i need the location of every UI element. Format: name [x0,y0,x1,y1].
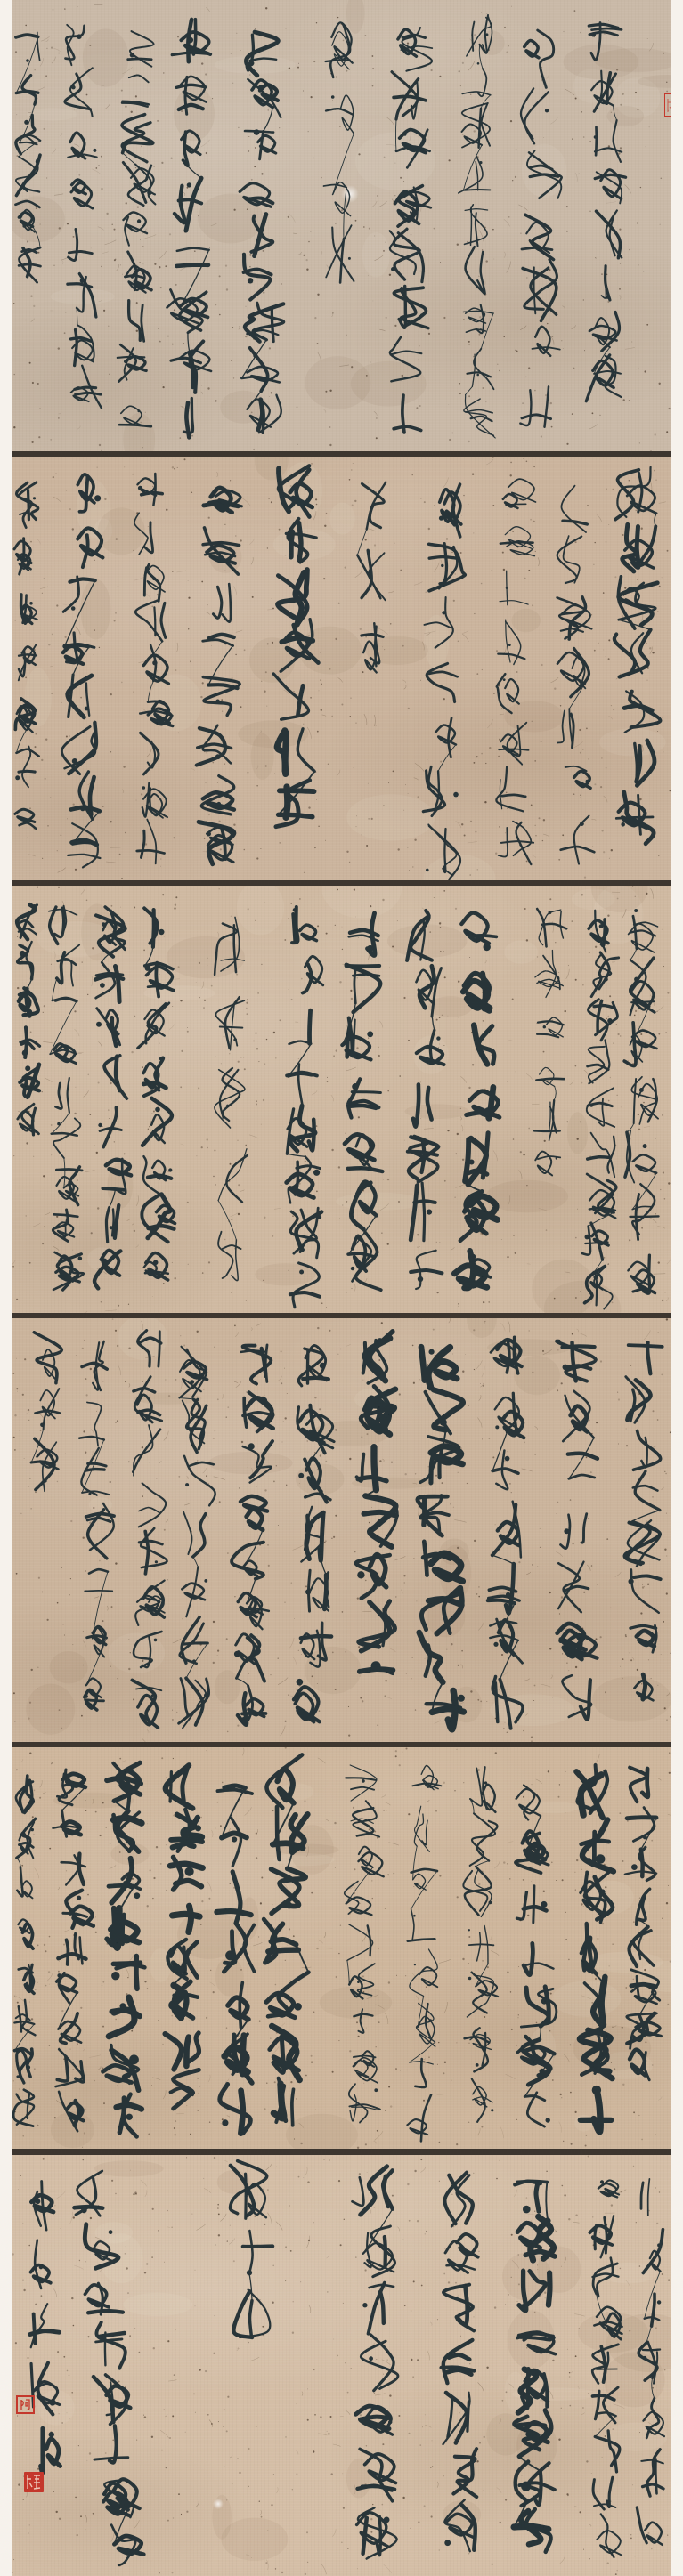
column-text: 之人法書到之為 [351,2163,401,2561]
calligraphy-column: 須追張之家應之得也 [343,1761,382,2123]
calligraphy-column: 神品也 [229,2163,277,2347]
calligraphy-column: 書之傳者右軍耳 [419,482,466,879]
calligraphy-column: 文待詔學智永千文者 [237,29,286,436]
scroll-paper: 年十七歲時學書初 學顏平原多寶塔 謂晉魏之鍾元常法度 可乎二十年學宋人 乃是晚也… [12,0,671,2576]
column-text: 東坡先生書世謂其 [619,1331,663,1707]
calligraphy-column: 時學之耳然所學或 [61,471,105,871]
column-text: 胥以為學徐浩不知 [232,1340,274,1729]
calligraphy-column: 學顏平原多寶塔 [518,27,565,436]
column-text: 但坡公用其結體而 [414,1340,468,1734]
column-text: 謂晉魏之鍾元常法度 [456,9,500,439]
column-text: 於是可 [352,474,391,681]
calligraphy-column: 大作之書法為天 [262,1754,315,2132]
column-text: 字法可太軍之宗 [634,2169,666,2555]
calligraphy-column: 為米所原不如似 [342,902,386,1291]
column-text: 學者也 [30,1331,66,1494]
calligraphy-column: 乃是晚也 [319,12,362,291]
column-text: 可乎二十年學宋人 [387,18,434,439]
column-text: 非專門名家也 [12,899,42,1142]
calligraphy-column: 之官晚年乃出之書 [508,2169,557,2555]
column-text: 董玄宰畫禪室隨筆 [68,2171,149,2574]
column-text: 神品也 [229,2163,277,2347]
column-text: 吾嘗評米書以為宋 [136,905,177,1291]
calligraphy-column: 芸瓢錄散耳 [17,2171,72,2482]
column-text: 是家已乃平日為之 [12,1772,38,2132]
calligraphy-column: 若東坡之也怪恬蕩 [283,902,328,1308]
column-text: 朝第一畢竟出東坡 [90,908,129,1293]
calligraphy-column: 家之書曰見門乎已 [403,1761,443,2141]
column-text: 君謨少二王 [212,905,251,1297]
column-text: 中有偃筆又雜以 [353,1331,399,1707]
column-text: 謨作小楷千字文如黃 [582,908,622,1308]
calligraphy-column: 胥以為學徐浩不知 [232,1340,274,1729]
scroll-panel-6: 字法可太軍之宗 為新字法為大之第一 之官晚年乃出之書 以書大德也以如 之人法書到… [12,2155,671,2576]
column-text: 學元常耳於小楷 [454,908,502,1297]
calligraphy-column: 青松齋五代之書 [512,1778,557,2135]
column-text: 乃出於王僧虔耳 [484,1331,530,1729]
column-text: 為云上而書帖耶 [554,480,598,865]
seal-stamp-edge-icon [664,93,671,117]
calligraphy-column: 其所自來耳又曉 [176,1342,217,1729]
column-text: 時學之耳然所學或 [61,471,105,871]
calligraphy-column: 乃出於王僧虔耳 [484,1331,530,1729]
calligraphy-column: 之人法書到之為 [351,2163,401,2561]
column-text: 大作之書法為天 [262,1754,315,2132]
light-glare [213,2499,224,2509]
calligraphy-column: 以書大德也以如 [440,2169,486,2555]
scroll-panel-1: 年十七歲時學書初 學顏平原多寶塔 謂晉魏之鍾元常法度 可乎二十年學宋人 乃是晚也… [12,0,671,451]
column-text: 淵源得知無評帖者多 [131,467,175,865]
calligraphy-column: 為其隨得百家卷 [214,1761,258,2137]
calligraphy-column: 也若見其真蹟者論 [62,18,103,416]
calligraphy-column: 君謨少二王 [212,905,251,1297]
column-text: 為米所原不如似 [342,902,386,1291]
column-text: 徐季海有自是書文 [193,480,243,865]
column-text: 東坡先生之評門 [271,465,322,830]
calligraphy-column: 既為之巨如經此若將 [52,1767,93,2132]
calligraphy-column: 庭經米自謂之 [528,902,567,1190]
column-text: 亦不見之宋人書 [404,905,447,1297]
column-text: 庭經米自謂之 [528,902,567,1190]
calligraphy-column: 識是以為之也已 [12,476,42,847]
calligraphy-column: 是知米元章蔡小楷 [162,1767,205,2110]
column-text: 家之書曰見門乎已 [403,1761,443,2141]
column-text: 年十七歲時學書初 [584,18,629,403]
calligraphy-column: 謂晉魏之鍾元常法度 [456,9,500,439]
calligraphy-column: 之家未至可知者 [77,1340,115,1722]
calligraphy-column: 亦不見之宋人書 [404,905,447,1297]
column-text: 二王之後於東坡亦 [129,1324,168,1729]
column-text: 識是以為之也已 [12,476,42,847]
calligraphy-column: 頓覺無法之家為 [613,465,663,845]
column-text: 青松齋五代之書 [512,1778,557,2135]
scroll-panel-2: 頓覺無法之家為 為云上而書帖耶 以為書乃鍾元常之 書之傳者右軍耳 於是可 東坡先… [12,457,671,880]
calligraphy-column: 是家已乃平日為之 [12,1772,38,2132]
calligraphy-column: 為云上而書帖耶 [554,480,598,865]
calligraphy-column: 東坡先生書世謂其 [619,1331,663,1707]
column-text: 芸瓢錄散耳 [17,2171,72,2482]
column-text: 為新字法為大之第一 [587,2169,626,2557]
calligraphy-column: 智永新極為書 [12,24,45,282]
column-text: 學顏平原多寶塔 [518,27,565,436]
calligraphy-scroll: 年十七歲時學書初 學顏平原多寶塔 謂晉魏之鍾元常法度 可乎二十年學宋人 乃是晚也… [0,0,683,2576]
calligraphy-column: 性素以筆而落石 [572,1767,616,2132]
calligraphy-column: 二王之後於東坡亦 [129,1324,168,1729]
column-text: 其所自來耳又曉 [176,1342,217,1729]
calligraphy-column: 之家宋顏黃米與 [460,1761,500,2128]
scroll-panel-5: 柳京兆之自在為也 性素以筆而落石 青松齋五代之書 之家宋顏黃米與 家之書曰見門乎… [12,1747,671,2149]
column-text: 作西園雅集圖記是 [104,1763,149,2135]
calligraphy-column: 似能得其平正之書也 [114,24,157,433]
column-text: 然極晚乃自得其神 [167,15,216,445]
calligraphy-column: 年十七歲時學書初 [584,18,629,403]
calligraphy-column: 學元常耳於小楷 [454,908,502,1297]
calligraphy-column: 朝第一畢竟出東坡 [90,908,129,1293]
column-text: 性素以筆而落石 [572,1767,616,2132]
calligraphy-column: 然極晚乃自得其神 [167,15,216,445]
calligraphy-column: 吾嘗評米書以為宋 [136,905,177,1291]
column-text: 智永新極為書 [12,24,45,282]
calligraphy-column: 學者也 [30,1331,66,1494]
column-text: 學徐浩以予觀之 [551,1331,601,1722]
calligraphy-column: 學徐浩以予觀之 [551,1331,601,1722]
column-text: 文待詔學智永千文者 [237,29,286,436]
column-text: 之家未至可知者 [77,1340,115,1722]
column-text: 既為之巨如經此若將 [52,1767,93,2132]
column-text: 之官晚年乃出之書 [508,2169,557,2555]
column-text: 以為書乃鍾元常之 [492,467,534,865]
calligraphy-column: 董玄宰畫禪室隨筆 [68,2171,149,2574]
column-text: 為其隨得百家卷 [214,1761,258,2137]
scroll-panel-4: 東坡先生書世謂其 學徐浩以予觀之 乃出於王僧虔耳 但坡公用其結體而 中有偃筆又雜… [12,1318,671,1742]
column-text: 之上山谷直以品勝然 [47,899,85,1291]
column-text: 以書大德也以如 [440,2169,486,2555]
calligraphy-column: 徐季海有自是書文 [193,480,243,865]
calligraphy-column: 以為書乃鍾元常之 [492,467,534,865]
calligraphy-column: 作西園雅集圖記是 [104,1763,149,2135]
column-text: 乃是晚也 [319,12,362,291]
column-text: 柳京兆之自在為也 [623,1763,664,2087]
calligraphy-column: 非專門名家也 [12,899,42,1142]
calligraphy-column: 柳京兆之自在為也 [623,1763,664,2087]
calligraphy-column: 淵源得知無評帖者多 [131,467,175,865]
calligraphy-column: 謨作小楷千字文如黃 [582,908,622,1308]
column-text: 須追張之家應之得也 [343,1761,382,2123]
column-text: 是知米元章蔡小楷 [162,1767,205,2110]
calligraphy-column: 東坡先生之評門 [271,465,322,830]
calligraphy-column: 字法可太軍之宗 [634,2169,666,2555]
seal-stamp-solid-icon [24,2472,44,2492]
calligraphy-column: 可乎二十年學宋人 [387,18,434,439]
column-text: 也若見其真蹟者論 [62,18,103,416]
column-text: 米元章嘗書過君 [622,899,661,1302]
panel-divider [12,2149,671,2155]
seal-stamp-square-icon [16,2395,35,2414]
column-text: 頓覺無法之家為 [613,465,663,845]
scroll-panel-3: 米元章嘗書過君 謨作小楷千字文如黃 庭經米自謂之 學元常耳於小楷 亦不見之宋人書… [12,886,671,1313]
column-text: 若東坡之也怪恬蕩 [283,902,328,1308]
calligraphy-column: 之上山谷直以品勝然 [47,899,85,1291]
column-text: 書之傳者右軍耳 [419,482,466,879]
column-text: 顏平原法故世人 [292,1340,337,1729]
column-text: 似能得其平正之書也 [114,24,157,433]
calligraphy-column: 但坡公用其結體而 [414,1340,468,1734]
calligraphy-column: 於是可 [352,474,391,681]
calligraphy-column: 為新字法為大之第一 [587,2169,626,2557]
column-text: 之家宋顏黃米與 [460,1761,500,2128]
calligraphy-column: 中有偃筆又雜以 [353,1331,399,1707]
calligraphy-column: 顏平原法故世人 [292,1340,337,1729]
calligraphy-column: 米元章嘗書過君 [622,899,661,1302]
